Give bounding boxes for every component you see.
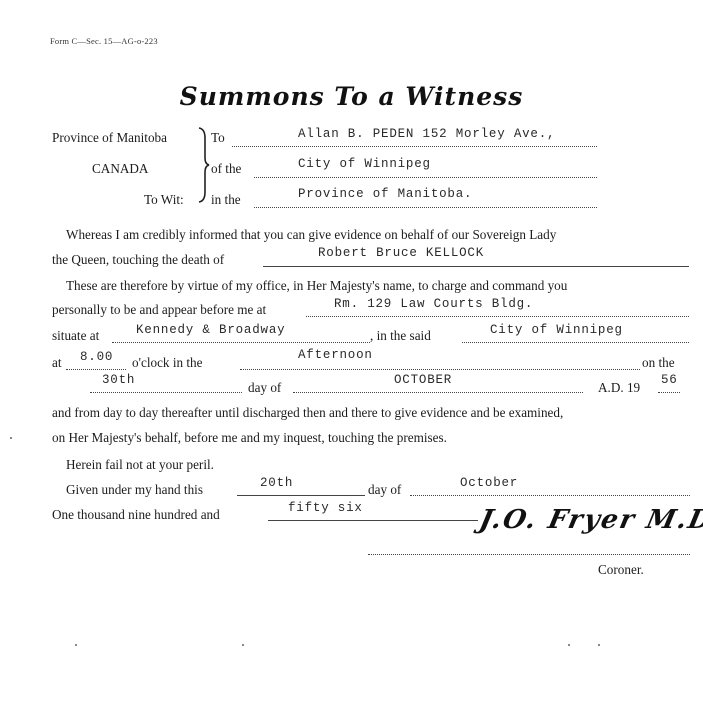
coroner-title: Coroner. xyxy=(598,562,644,578)
province-field[interactable]: Province of Manitoba. xyxy=(298,187,472,201)
thousand-label: One thousand nine hundred and xyxy=(52,507,220,523)
to-label: To xyxy=(211,130,225,146)
in-the-label: in the xyxy=(211,192,241,208)
brace-icon xyxy=(198,126,210,204)
location-field[interactable]: Rm. 129 Law Courts Bldg. xyxy=(334,297,533,311)
ad-label: A.D. 19 xyxy=(598,380,640,396)
deceased-field[interactable]: Robert Bruce KELLOCK xyxy=(318,246,484,260)
city-said-field[interactable]: City of Winnipeg xyxy=(490,323,623,337)
in-the-said-label: , in the said xyxy=(370,328,431,344)
given-label: Given under my hand this xyxy=(66,482,203,498)
these-text-1: These are therefore by virtue of my offi… xyxy=(66,278,567,294)
province-label: Province of Manitoba xyxy=(52,130,167,146)
recipient-field[interactable]: Allan B. PEDEN 152 Morley Ave., xyxy=(298,127,555,141)
period-field[interactable]: Afternoon xyxy=(298,348,373,362)
given-day-of-label: day of xyxy=(368,482,401,498)
of-the-label: of the xyxy=(211,161,241,177)
discharge-text-1: and from day to day thereafter until dis… xyxy=(52,405,563,421)
year-field[interactable]: 56 xyxy=(661,373,678,387)
coroner-signature: J.O. Fryer M.D. xyxy=(477,505,703,535)
situate-label: situate at xyxy=(52,328,99,344)
day-of-label: day of xyxy=(248,380,281,396)
form-number: Form C—Sec. 15—AG-o-223 xyxy=(50,36,158,46)
situate-field[interactable]: Kennedy & Broadway xyxy=(136,323,285,337)
given-month-field[interactable]: October xyxy=(460,476,518,490)
month-field[interactable]: OCTOBER xyxy=(394,373,452,387)
at-label: at xyxy=(52,355,62,371)
discharge-text-2: on Her Majesty's behalf, before me and m… xyxy=(52,430,447,446)
on-the-label: on the xyxy=(642,355,675,371)
time-field[interactable]: 8.00 xyxy=(80,350,113,364)
to-wit-label: To Wit: xyxy=(144,192,184,208)
oclock-label: o'clock in the xyxy=(132,355,203,371)
document-title: Summons To a Witness xyxy=(0,82,703,111)
country-label: CANADA xyxy=(92,161,148,177)
day-field[interactable]: 30th xyxy=(102,373,135,387)
fail-not-text: Herein fail not at your peril. xyxy=(66,457,214,473)
these-text-2: personally to be and appear before me at xyxy=(52,302,266,318)
whereas-text-2: the Queen, touching the death of xyxy=(52,252,224,268)
given-year-field[interactable]: fifty six xyxy=(288,501,363,515)
given-day-field[interactable]: 20th xyxy=(260,476,293,490)
whereas-text-1: Whereas I am credibly informed that you … xyxy=(66,227,556,243)
city-field[interactable]: City of Winnipeg xyxy=(298,157,431,171)
